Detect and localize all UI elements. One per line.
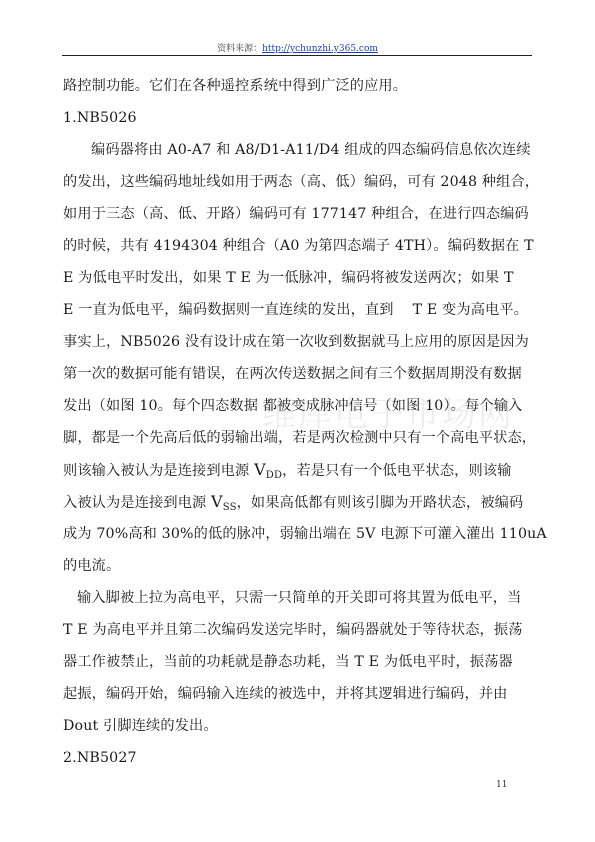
paragraph-line: 如用于三态（高、低、开路）编码可有 177147 种组合，在进行四态编码	[63, 202, 533, 234]
paragraph-line: E 一直为低电平，编码数据则一直连续的发出，直到 T E 变为高电平。	[63, 298, 533, 330]
line-text: 则该输入被认为是连接到电源	[63, 463, 254, 479]
paragraph-line: 第一次的数据可能有错误，在两次传送数据之间有三个数据周期没有数据	[63, 362, 533, 394]
paragraph-line: T E 为高电平并且第二次编码发送完毕时，编码器就处于等待状态，振荡	[63, 618, 533, 650]
vss-subscript: SS	[223, 502, 237, 513]
paragraph-line: 的电流。	[63, 554, 533, 586]
paragraph-line: 起振，编码开始，编码输入连续的被选中，并将其逻辑进行编码，并由	[63, 682, 533, 714]
paragraph-line: 编码器将由 A0-A7 和 A8/D1-A11/D4 组成的四态编码信息依次连续	[63, 138, 533, 170]
paragraph-line-vss: 入被认为是连接到电源 VSS，如果高低都有则该引脚为开路状态，被编码	[63, 490, 533, 522]
section-heading-nb5027: 2.NB5027	[63, 746, 533, 778]
header-source-label: 资料来源：	[217, 44, 262, 54]
document-body: 路控制功能。它们在各种遥控系统中得到广泛的应用。 1.NB5026 编码器将由 …	[63, 74, 533, 778]
paragraph-line: 发出（如图 10。每个四态数据 都被变成脉冲信号（如图 10）。每个输入	[63, 394, 533, 426]
paragraph-line: 的时候，共有 4194304 种组合（A0 为第四态端子 4TH）。编码数据在 …	[63, 234, 533, 266]
paragraph-line: 脚，都是一个先高后低的弱输出端，若是两次检测中只有一个高电平状态，	[63, 426, 533, 458]
paragraph-line: E 为低电平时发出，如果 T E 为一低脉冲，编码将被发送两次；如果 T	[63, 266, 533, 298]
vss-symbol: V	[211, 492, 223, 511]
page-number: 11	[496, 780, 507, 790]
line-text: 入被认为是连接到电源	[63, 495, 211, 511]
paragraph-line: 器工作被禁止，当前的功耗就是静态功耗，当 T E 为低电平时，振荡器	[63, 650, 533, 682]
vdd-symbol: V	[254, 460, 266, 479]
paragraph-line: 输入脚被上拉为高电平，只需一只简单的开关即可将其置为低电平，当	[63, 586, 533, 618]
paragraph-line: 成为 70%高和 30%的低的脉冲，弱输出端在 5V 电源下可灌入灌出 110u…	[63, 522, 533, 554]
section-heading-nb5026: 1.NB5026	[63, 106, 533, 138]
paragraph-line-vdd: 则该输入被认为是连接到电源 VDD，若是只有一个低电平状态，则该输	[63, 458, 533, 490]
vdd-subscript: DD	[266, 470, 282, 481]
header-divider	[62, 55, 532, 56]
header-source-link[interactable]: http://ychunzhi.y365.com	[262, 44, 378, 54]
line-text: ，若是只有一个低电平状态，则该输	[282, 463, 511, 479]
line-text: ，如果高低都有则该引脚为开路状态，被编码	[237, 495, 524, 511]
paragraph-line: Dout 引脚连续的发出。	[63, 714, 533, 746]
paragraph-line: 路控制功能。它们在各种遥控系统中得到广泛的应用。	[63, 74, 533, 106]
page-header: 资料来源：http://ychunzhi.y365.com	[0, 41, 595, 54]
paragraph-line: 的发出，这些编码地址线如用于两态（高、低）编码，可有 2048 种组合，	[63, 170, 533, 202]
paragraph-line: 事实上，NB5026 没有设计成在第一次收到数据就马上应用的原因是因为	[63, 330, 533, 362]
